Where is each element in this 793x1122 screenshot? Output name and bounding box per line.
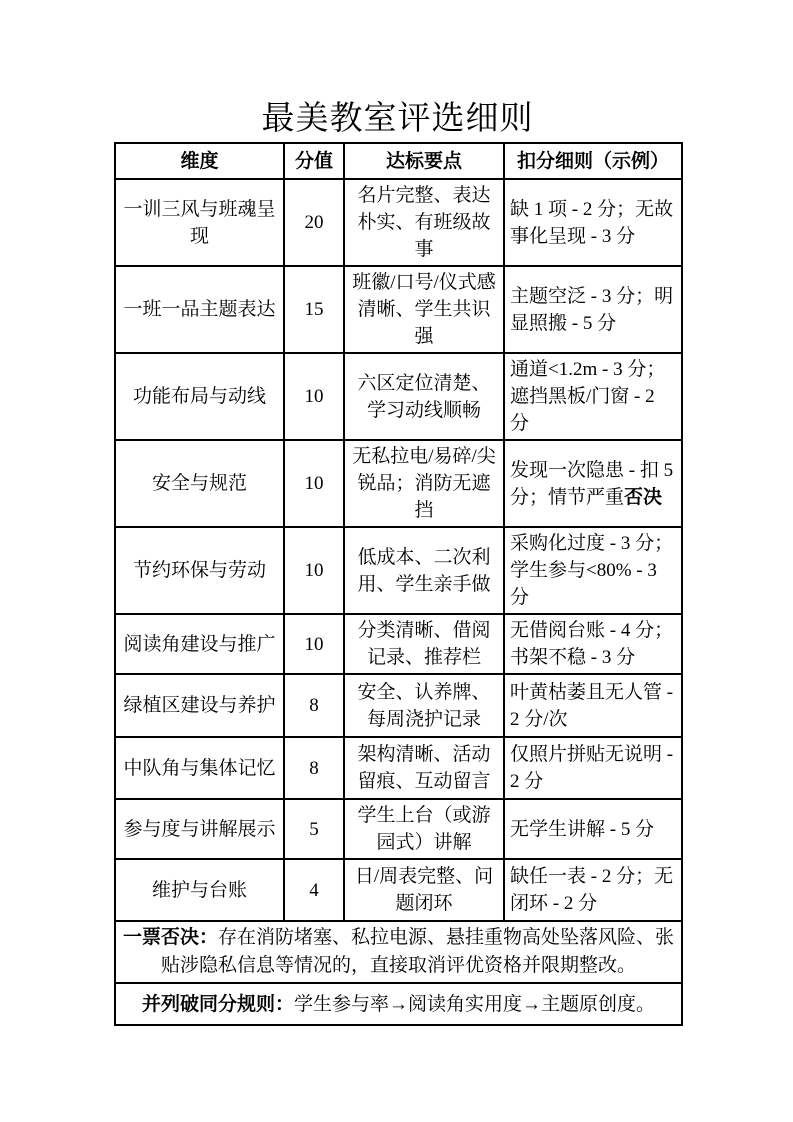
- tiebreak-text-block: 并列破同分规则：学生参与率→阅读角实用度→主题原创度。: [121, 991, 676, 1018]
- cell-score: 10: [284, 527, 344, 614]
- table-row: 维护与台账 4 日/周表完整、问题闭环 缺任一表 - 2 分；无闭环 - 2 分: [115, 859, 682, 921]
- cell-points: 六区定位清楚、学习动线顺畅: [344, 353, 504, 440]
- cell-dimension: 阅读角建设与推广: [115, 614, 284, 674]
- cell-points: 班徽/口号/仪式感清晰、学生共识强: [344, 266, 504, 353]
- cell-dimension: 维护与台账: [115, 859, 284, 921]
- table-row: 节约环保与劳动 10 低成本、二次利用、学生亲手做 采购化过度 - 3 分；学生…: [115, 527, 682, 614]
- page-title: 最美教室评选细则: [114, 92, 681, 139]
- tiebreak-text: 学生参与率→阅读角实用度→主题原创度。: [294, 994, 655, 1015]
- veto-cell: 一票否决：存在消防堵塞、私拉电源、悬挂重物高处坠落风险、张贴涉隐私信息等情况的，…: [115, 921, 682, 983]
- cell-dimension: 一班一品主题表达: [115, 266, 284, 353]
- table-row: 中队角与集体记忆 8 架构清晰、活动留痕、互动留言 仅照片拼贴无说明 - 2 分: [115, 737, 682, 799]
- table-row: 一训三风与班魂呈现 20 名片完整、表达朴实、有班级故事 缺 1 项 - 2 分…: [115, 179, 682, 266]
- cell-score: 4: [284, 859, 344, 921]
- cell-score: 8: [284, 737, 344, 799]
- cell-score: 20: [284, 179, 344, 266]
- cell-score: 15: [284, 266, 344, 353]
- table-row: 一班一品主题表达 15 班徽/口号/仪式感清晰、学生共识强 主题空泛 - 3 分…: [115, 266, 682, 353]
- cell-points: 学生上台（或游园式）讲解: [344, 799, 504, 859]
- cell-score: 10: [284, 614, 344, 674]
- cell-deductions: 发现一次隐患 - 扣 5 分；情节严重否决: [504, 440, 682, 527]
- table-row: 绿植区建设与养护 8 安全、认养牌、每周浇护记录 叶黄枯萎且无人管 - 2 分/…: [115, 674, 682, 737]
- header-row: 维度 分值 达标要点 扣分细则（示例）: [115, 143, 682, 179]
- cell-points: 架构清晰、活动留痕、互动留言: [344, 737, 504, 799]
- cell-dimension: 安全与规范: [115, 440, 284, 527]
- cell-dimension: 绿植区建设与养护: [115, 674, 284, 737]
- cell-deductions: 无学生讲解 - 5 分: [504, 799, 682, 859]
- tiebreak-cell: 并列破同分规则：学生参与率→阅读角实用度→主题原创度。: [115, 983, 682, 1025]
- veto-row: 一票否决：存在消防堵塞、私拉电源、悬挂重物高处坠落风险、张贴涉隐私信息等情况的，…: [115, 921, 682, 983]
- cell-points: 安全、认养牌、每周浇护记录: [344, 674, 504, 737]
- table-row: 参与度与讲解展示 5 学生上台（或游园式）讲解 无学生讲解 - 5 分: [115, 799, 682, 859]
- cell-points: 日/周表完整、问题闭环: [344, 859, 504, 921]
- rubric-table: 维度 分值 达标要点 扣分细则（示例） 一训三风与班魂呈现 20 名片完整、表达…: [114, 142, 683, 1026]
- cell-deductions: 仅照片拼贴无说明 - 2 分: [504, 737, 682, 799]
- tiebreak-row: 并列破同分规则：学生参与率→阅读角实用度→主题原创度。: [115, 983, 682, 1025]
- veto-text: 存在消防堵塞、私拉电源、悬挂重物高处坠落风险、张贴涉隐私信息等情况的，直接取消评…: [161, 927, 674, 976]
- veto-text-block: 一票否决：存在消防堵塞、私拉电源、悬挂重物高处坠落风险、张贴涉隐私信息等情况的，…: [121, 924, 676, 980]
- tiebreak-label: 并列破同分规则：: [142, 994, 294, 1015]
- cell-score: 5: [284, 799, 344, 859]
- cell-deductions: 叶黄枯萎且无人管 - 2 分/次: [504, 674, 682, 737]
- header-dimension: 维度: [115, 143, 284, 179]
- header-deductions: 扣分细则（示例）: [504, 143, 682, 179]
- cell-points: 低成本、二次利用、学生亲手做: [344, 527, 504, 614]
- cell-score: 8: [284, 674, 344, 737]
- deduction-veto-bold: 否决: [624, 487, 662, 508]
- cell-dimension: 参与度与讲解展示: [115, 799, 284, 859]
- cell-dimension: 一训三风与班魂呈现: [115, 179, 284, 266]
- veto-label: 一票否决：: [123, 927, 218, 948]
- cell-dimension: 节约环保与劳动: [115, 527, 284, 614]
- cell-deductions: 主题空泛 - 3 分；明显照搬 - 5 分: [504, 266, 682, 353]
- table-row: 安全与规范 10 无私拉电/易碎/尖锐品；消防无遮挡 发现一次隐患 - 扣 5 …: [115, 440, 682, 527]
- cell-deductions: 缺任一表 - 2 分；无闭环 - 2 分: [504, 859, 682, 921]
- cell-score: 10: [284, 440, 344, 527]
- cell-dimension: 中队角与集体记忆: [115, 737, 284, 799]
- cell-score: 10: [284, 353, 344, 440]
- cell-points: 分类清晰、借阅记录、推荐栏: [344, 614, 504, 674]
- table-row: 阅读角建设与推广 10 分类清晰、借阅记录、推荐栏 无借阅台账 - 4 分；书架…: [115, 614, 682, 674]
- cell-deductions: 缺 1 项 - 2 分；无故事化呈现 - 3 分: [504, 179, 682, 266]
- header-points: 达标要点: [344, 143, 504, 179]
- cell-points: 无私拉电/易碎/尖锐品；消防无遮挡: [344, 440, 504, 527]
- document-page: 最美教室评选细则 维度 分值 达标要点 扣分细则（示例） 一训三风与班魂呈现 2…: [0, 0, 793, 1122]
- cell-deductions: 通道<1.2m - 3 分；遮挡黑板/门窗 - 2 分: [504, 353, 682, 440]
- cell-deductions: 采购化过度 - 3 分；学生参与<80% - 3 分: [504, 527, 682, 614]
- cell-dimension: 功能布局与动线: [115, 353, 284, 440]
- header-score: 分值: [284, 143, 344, 179]
- cell-points: 名片完整、表达朴实、有班级故事: [344, 179, 504, 266]
- table-row: 功能布局与动线 10 六区定位清楚、学习动线顺畅 通道<1.2m - 3 分；遮…: [115, 353, 682, 440]
- cell-deductions: 无借阅台账 - 4 分；书架不稳 - 3 分: [504, 614, 682, 674]
